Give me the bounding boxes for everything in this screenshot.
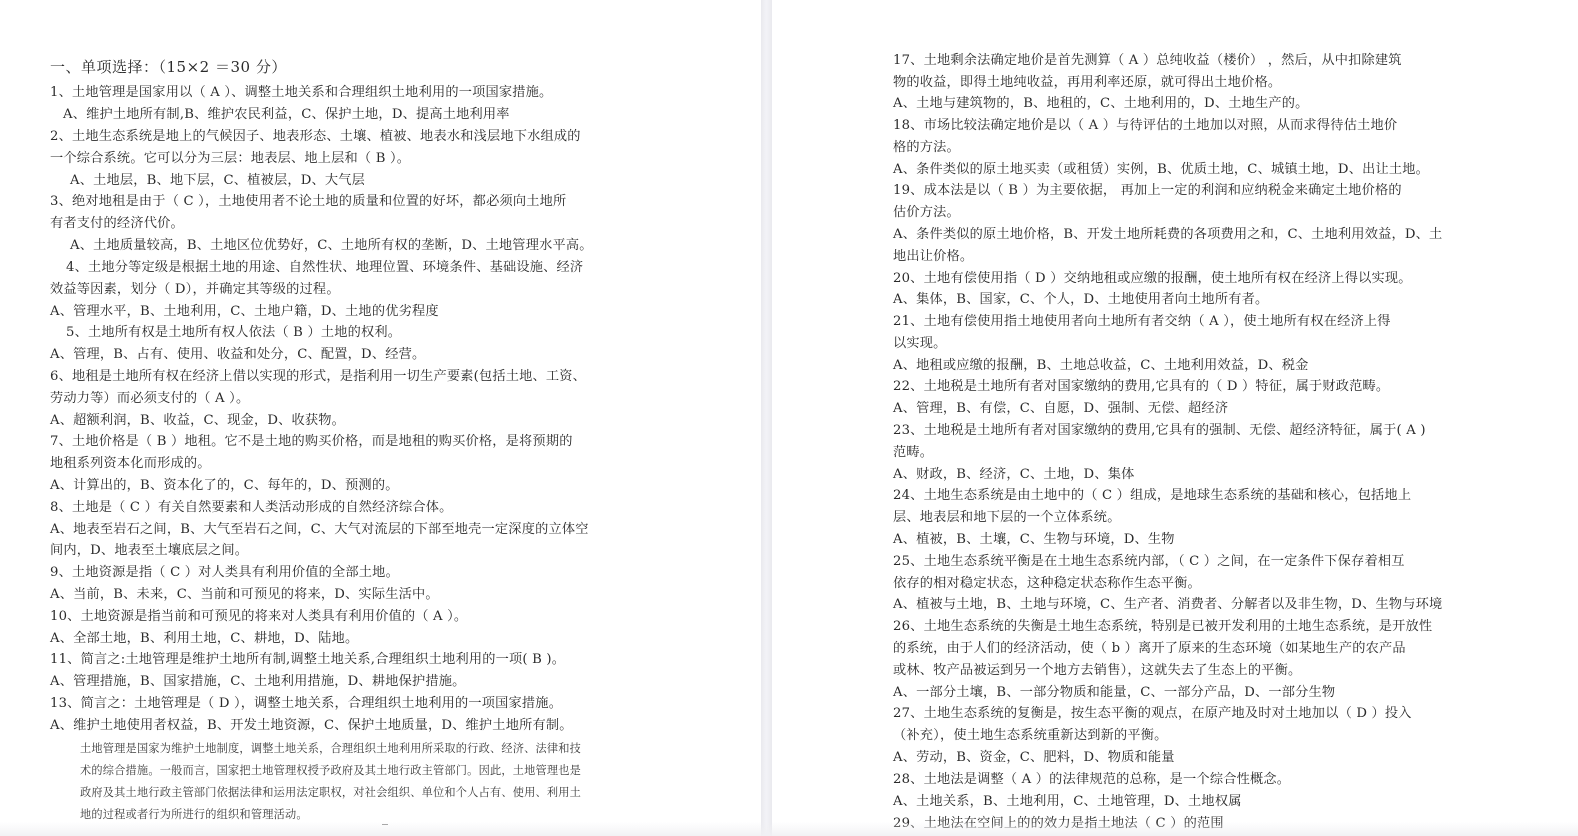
question-line: 格的方法。 [893, 138, 960, 158]
explanatory-note-line: 术的综合措施。一般而言，国家把土地管理权授予政府及其土地行政主管部门。因此，土地… [80, 761, 581, 781]
question-line: 范畴。 [893, 443, 933, 463]
question-line: A、集体，B、国家，C、个人，D、土地使用者向土地所有者。 [893, 290, 1268, 310]
question-line: 效益等因素，划分（ D），并确定其等级的过程。 [50, 280, 340, 300]
question-line: A、管理，B、有偿，C、自愿，D、强制、无偿、超经济 [893, 399, 1228, 419]
question-line: A、条件类似的原土地价格，B、开发土地所耗费的各项费用之和，C、土地利用效益，D… [893, 225, 1442, 245]
question-line: 22、土地税是土地所有者对国家缴纳的费用,它具有的（ D ）特征，属于财政范畴。 [893, 377, 1389, 397]
section-title: 一、单项选择：（15×2 ＝30 分） [50, 56, 287, 77]
question-line: 有者支付的经济代价。 [50, 214, 184, 234]
explanatory-note-line: 地的过程或者行为所进行的组织和管理活动。 [80, 805, 308, 825]
question-line: 18、市场比较法确定地价是以（ A ）与待评估的土地加以对照，从而求得待估土地价 [893, 116, 1397, 136]
explanatory-note-line: 土地管理是国家为维护土地制度，调整土地关系，合理组织土地利用所采取的行政、经济、… [80, 739, 581, 759]
question-line: 间内，D、地表至土壤底层之间。 [50, 541, 248, 561]
text-cursor-mark [382, 824, 388, 825]
question-line: A、地表至岩石之间，B、大气至岩石之间，C、大气对流层的下部至地壳一定深度的立体… [50, 520, 589, 540]
question-line: 24、土地生态系统是由土地中的（ C ）组成，是地球生态系统的基础和核心，包括地… [893, 486, 1411, 506]
question-line: A、土地与建筑物的，B、地租的，C、土地利用的，D、土地生产的。 [893, 94, 1309, 114]
question-line: 2、土地生态系统是地上的气候因子、地表形态、土壤、植被、地表水和浅层地下水组成的 [50, 127, 581, 147]
question-line: 估价方法。 [893, 203, 960, 223]
question-line: 25、土地生态系统平衡是在土地生态系统内部，（ C ）之间，在一定条件下保存着相… [893, 552, 1405, 572]
question-line: 29、土地法在空间上的的效力是指土地法（ C ）的范围 [893, 814, 1224, 834]
question-line: A、地租或应缴的报酬，B、土地总收益，C、土地利用效益，D、税金 [893, 356, 1309, 376]
question-line: 19、成本法是以（ B ）为主要依据， 再加上一定的利润和应纳税金来确定土地价格… [893, 181, 1402, 201]
question-line: A、劳动，B、资金，C、肥料，D、物质和能量 [893, 748, 1175, 768]
question-line: 11、简言之:土地管理是维护土地所有制,调整土地关系,合理组织土地利用的一项( … [50, 650, 565, 670]
question-line: 物的收益，即得土地纯收益，再用利率还原，就可得出土地价格。 [893, 73, 1281, 93]
question-line: 依存的相对稳定状态，这种稳定状态称作生态平衡。 [893, 574, 1201, 594]
question-line: 20、土地有偿使用指（ D ）交纳地租或应缴的报酬，使土地所有权在经济上得以实现… [893, 269, 1412, 289]
question-line: A、条件类似的原土地买卖（或租赁）实例，B、优质土地，C、城镇土地，D、出让土地… [893, 160, 1429, 180]
question-line: 28、土地法是调整（ A ）的法律规范的总称，是一个综合性概念。 [893, 770, 1290, 790]
document-page-right: 17、土地剩余法确定地价是首先测算（ A ）总纯收益（楼价） ，然后，从中扣除建… [772, 0, 1578, 836]
question-line: 一个综合系统。它可以分为三层：地表层、地上层和（ B ）。 [50, 149, 410, 169]
question-line: A、当前，B、未来，C、当前和可预见的将来，D、实际生活中。 [50, 585, 439, 605]
question-line: 8、土地是（ C ）有关自然要素和人类活动形成的自然经济综合体。 [50, 498, 453, 518]
question-line: A、维护土地所有制,B、维护农民利益，C、保护土地，D、提高土地利用率 [63, 105, 510, 125]
question-line: 27、土地生态系统的复衡是，按生态平衡的观点，在原产地及时对土地加以（ D ）投… [893, 704, 1412, 724]
question-line: A、管理措施，B、国家措施，C、土地利用措施，D、耕地保护措施。 [50, 672, 466, 692]
explanatory-note-line: 政府及其土地行政主管部门依据法律和运用法定职权，对社会组织、单位和个人占有、使用… [80, 783, 581, 803]
question-line: A、土地层，B、地下层，C、植被层，D、大气层 [70, 171, 365, 191]
document-page-left: 一、单项选择：（15×2 ＝30 分） A、全部土地，B、利用土地，C、耕地，D… [0, 0, 761, 836]
question-line: A、管理，B、占有、使用、收益和处分，C、配置，D、经营。 [50, 345, 425, 365]
question-line: 23、土地税是土地所有者对国家缴纳的费用,它具有的强制、无偿、超经济特征，属于(… [893, 421, 1426, 441]
question-line: A、管理水平，B、土地利用，C、土地户籍，D、土地的优劣程度 [50, 302, 439, 322]
question-line: 5、土地所有权是土地所有权人依法（ B ）土地的权利。 [66, 323, 401, 343]
question-line: A、计算出的，B、资本化了的，C、每年的，D、预测的。 [50, 476, 399, 496]
question-line: 21、土地有偿使用指土地使用者向土地所有者交纳（ A ），使土地所有权在经济上得 [893, 312, 1391, 332]
question-line: 地租系列资本化而形成的。 [50, 454, 211, 474]
page-divider [761, 0, 772, 836]
question-line: 1、土地管理是国家用以（ A ）、调整土地关系和合理组织土地利用的一项国家措施。 [50, 83, 552, 103]
question-line: 以实现。 [893, 334, 947, 354]
question-line: 3、绝对地租是由于（ C ），土地使用者不论土地的质量和位置的好坏，都必须向土地… [50, 192, 566, 212]
question-line: 17、土地剩余法确定地价是首先测算（ A ）总纯收益（楼价） ，然后，从中扣除建… [893, 51, 1402, 71]
question-line: 层、地表层和地下层的一个立体系统。 [893, 508, 1121, 528]
question-line: A、土地关系，B、土地利用，C、土地管理，D、土地权属 [893, 792, 1242, 812]
question-line: A、植被与土地，B、土地与环境，C、生产者、消费者、分解者以及非生物，D、生物与… [893, 595, 1442, 615]
question-line: 10、土地资源是指当前和可预见的将来对人类具有利用价值的（ A ）。 [50, 607, 467, 627]
question-line: 的系统，由于人们的经济活动，使（ b ）离开了原来的生态环境（如某地生产的农产品 [893, 639, 1406, 659]
question-line: 7、土地价格是（ B ）地租。它不是土地的购买价格，而是地租的购买价格，是将预期… [50, 432, 573, 452]
question-line: （补充），使土地生态系统重新达到新的平衡。 [893, 726, 1168, 746]
question-line: 13、简言之：土地管理是（ D ），调整土地关系，合理组织土地利用的一项国家措施… [50, 694, 562, 714]
question-line: A、土地质量较高，B、土地区位优势好，C、土地所有权的垄断，D、土地管理水平高。 [70, 236, 593, 256]
question-line: 6、地租是土地所有权在经济上借以实现的形式，是指利用一切生产要素(包括土地、工资… [50, 367, 586, 387]
question-line: A、植被，B、土壤，C、生物与环境，D、生物 [893, 530, 1175, 550]
question-line: 26、土地生态系统的失衡是土地生态系统，特别是已被开发利用的土地生态系统，是开放… [893, 617, 1432, 637]
question-line: 地出让价格。 [893, 247, 973, 267]
question-line: 4、土地分等定级是根据土地的用途、自然性状、地理位置、环境条件、基础设施、经济 [66, 258, 583, 278]
question-line: A、财政，B、经济，C、土地，D、集体 [893, 465, 1135, 485]
question-line: 或林、牧产品被运到另一个地方去销售），这就失去了生态上的平衡。 [893, 661, 1301, 681]
question-line: A、一部分土壤，B、一部分物质和能量，C、一部分产品，D、一部分生物 [893, 683, 1335, 703]
question-line: 劳动力等）而必须支付的（ A ）。 [50, 389, 249, 409]
question-line: A、维护土地使用者权益，B、开发土地资源，C、保护土地质量，D、维护土地所有制。 [50, 716, 573, 736]
question-line: A、超额利润，B、收益，C、现金，D、收获物。 [50, 411, 345, 431]
answer-options: A、全部土地，B、利用土地，C、耕地，D、陆地。 [50, 629, 358, 649]
question-line: 9、土地资源是指（ C ）对人类具有利用价值的全部土地。 [50, 563, 399, 583]
